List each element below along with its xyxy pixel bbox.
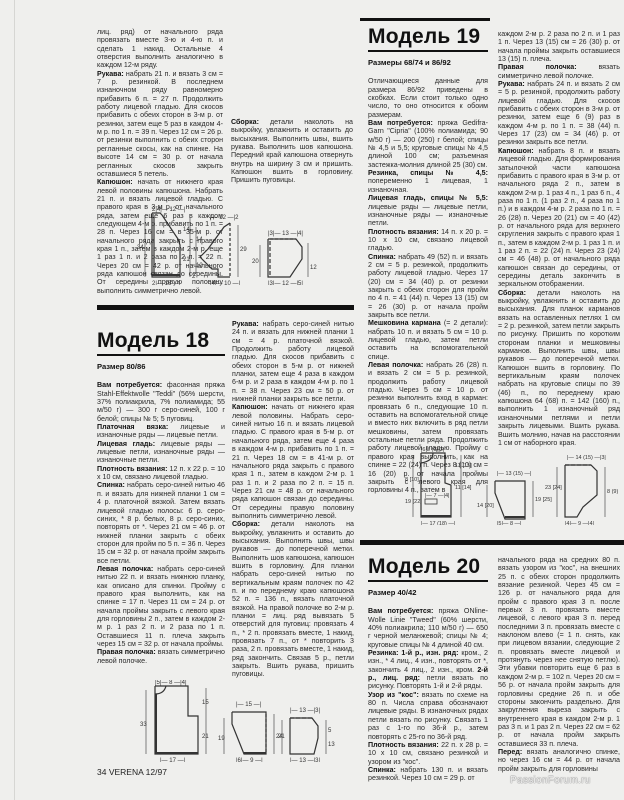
d19-front-bottom: |— 17 (18) —| <box>421 521 455 525</box>
model18-stockinette: Лицевая гладь: лицевые ряды — лицевые пе… <box>97 440 225 465</box>
model19-sleeves: Рукава: набрать 24 п. и вязать 2 см = 5 … <box>498 80 620 147</box>
d17-front-right-lower: 21 <box>183 257 190 263</box>
d19-front-left-b: 8 [10] <box>405 477 419 483</box>
d19-front-right-a: 13 [15] <box>455 463 472 469</box>
page-footer: 34 VERENA 12/97 <box>97 767 167 777</box>
model17-sleeves: Рукава: набрать 21 п. и вязать 3 см = 7 … <box>97 70 223 178</box>
d17-front-right-upper: 14 <box>183 227 190 233</box>
d17-front-bottom: 2|— 16 —| <box>152 281 181 285</box>
model19-materials: Вам потребуется: пряжа Gedifra-Garn "Cip… <box>368 119 488 169</box>
model20-title-underline <box>368 580 488 582</box>
d18-front-right-lower: 21 <box>202 734 209 740</box>
section-divider-model19 <box>360 18 490 21</box>
d18-hood-top: |— 13 —|3| <box>290 708 320 714</box>
d17-hood-top: |3|— 13 —|4| <box>268 231 303 237</box>
d18-sleeve-top: |— 15 —| <box>236 702 262 708</box>
model18-materials: Вам потребуется: фасонная пряжа Stahl-Ef… <box>97 381 225 423</box>
model18-title: Модель 18 <box>97 330 225 352</box>
d19-hood-right: 8 (9) <box>607 489 618 495</box>
model20-col-a: Модель 20 Размер 40/42 Вам потребуется: … <box>368 556 488 783</box>
d19-front-right-b: 11 [14] <box>455 485 472 491</box>
d18-hood-right-b: 5 <box>328 728 332 734</box>
model20-back: Спинка: набрать 130 п. и вязать резинкой… <box>368 766 488 783</box>
model19-title: Модель 19 <box>368 26 488 48</box>
model19-hood: Капюшон: набрать 8 п. и вязать лицевой г… <box>498 147 620 289</box>
d17-sleeve-top: |— 12 —|2 <box>210 215 239 221</box>
d18-front-bottom: |— 17 —| <box>160 758 186 762</box>
d17-hood-left: 20 <box>252 259 259 265</box>
d19-front-left-c: 19 [22] <box>405 499 422 505</box>
model17-assembly: Сборка: детали наколоть на выкройку, увл… <box>231 118 353 185</box>
model20-cable: Узор из "кос": вязать по схеме на 80 п. … <box>368 691 488 741</box>
d18-front-height: 33 <box>140 722 147 728</box>
model20-gauge: Плотность вязания: 22 п. х 28 р. = 10 х … <box>368 741 488 766</box>
d17-sleeve-bottom: |4|— 10 —| <box>210 281 240 285</box>
model20-col-b: начального ряда на средних 80 п. вязать … <box>498 556 620 773</box>
d19-hood-left: 23 [24] <box>545 485 562 491</box>
model19-intro: Отличающиеся данные для размера 86/92 пр… <box>368 77 488 119</box>
model20-back-cont: начального ряда на средних 80 п. вязать … <box>498 556 620 748</box>
d18-front-top: |5|— 8 —|4| <box>155 680 187 686</box>
d18-hood-left: 21 <box>278 734 285 740</box>
d19-front-pocket: |— 7 —|4| <box>425 493 449 499</box>
d17-hood-bottom: |3|— 12 —|5| <box>268 281 303 285</box>
d18-front-right-upper: 15 <box>202 700 209 706</box>
d19-front-top: |6|8 (9)|3| <box>421 447 444 453</box>
model20-front: Перед: вязать аналогично спинке, но чере… <box>498 748 620 773</box>
model18-right-front: Правая полочка: вязать симметрично левой… <box>97 648 225 665</box>
model19-title-underline <box>368 50 488 52</box>
section-divider-model20 <box>360 540 624 545</box>
model19-schematic-diagram: |6|8 (9)|3| 8 [10] 19 [22] 13 [15] 11 [1… <box>405 445 620 525</box>
model19-pocket: Мешковина кармана (= 2 детали): набрать … <box>368 319 488 361</box>
model18-left-front: Левая полочка: набрать серо-синей нитью … <box>97 565 225 648</box>
model19-back: Спинка: набрать 49 (52) п. и вязать 2 см… <box>368 253 488 320</box>
model19-gauge: Плотность вязания: 14 п. х 20 р. = 10 х … <box>368 228 488 253</box>
d17-front-height: 34 <box>137 245 144 251</box>
d19-sleeve-right: 19 [25] <box>535 497 552 503</box>
d19-sleeve-top: |— 13 (15) —| <box>497 471 531 477</box>
model18-assembly: Сборка: детали наколоть на выкройку, увл… <box>232 520 354 679</box>
model18-garter: Платочная вязка: лицевые и изнаночные ря… <box>97 423 225 440</box>
model19-col-a: Модель 19 Размеры 68/74 и 86/92 Отличающ… <box>368 26 488 495</box>
model20-title: Модель 20 <box>368 556 488 578</box>
model19-rib: Резинка, спицы № 4,5: попеременно 1 лице… <box>368 169 488 194</box>
model19-left-front-cont: каждом 2-м р. 2 раза по 2 п. и 1 раз 1 п… <box>498 30 620 63</box>
model18-col-b: Рукава: набрать серо-синей нитью 24 п. и… <box>232 320 354 679</box>
model20-size: Размер 40/42 <box>368 589 488 597</box>
d19-sleeve-bottom: |5|— 8 —| <box>497 521 521 525</box>
d19-hood-bottom: |4|— 9 —|4| <box>565 521 594 525</box>
d17-sleeve-left-lower: 12 <box>196 263 203 269</box>
section-divider-model18 <box>97 305 354 310</box>
model19-size: Размеры 68/74 и 86/92 <box>368 59 488 67</box>
d17-sleeve-right: 29 <box>240 247 247 253</box>
model18-size: Размер 80/86 <box>97 363 225 371</box>
magazine-page: лиц. ряд) от начального ряда провязать в… <box>0 0 624 800</box>
model17-intro: лиц. ряд) от начального ряда провязать в… <box>97 28 223 70</box>
model20-materials: Вам потребуется: пряжа ONline-Wolle Lini… <box>368 607 488 649</box>
d17-front-top: 2|4|— 12 —| <box>152 207 186 213</box>
d17-hood-right: 12 <box>310 265 317 271</box>
d19-sleeve-left: 14 [20] <box>477 503 494 509</box>
model18-schematic-diagram: |5|— 8 —|4| 33 15 21 |— 17 —| |— 15 —| 1… <box>140 680 360 762</box>
model19-assembly: Сборка: детали наколоть на выкройку, увл… <box>498 289 620 448</box>
model18-title-underline <box>97 354 225 356</box>
model18-hood: Капюшон: начать от нижнего края левой по… <box>232 403 354 520</box>
model19-col-b: каждом 2-м р. 2 раза по 2 п. и 1 раз 1 п… <box>498 30 620 447</box>
model18-gauge: Плотность вязания: 12 п. х 22 р. = 10 х … <box>97 465 225 482</box>
d18-hood-right-c: 13 <box>328 742 335 748</box>
d18-sleeve-left: 19 <box>218 736 225 742</box>
model18-back: Спинка: набрать серо-синей нитью 46 п. и… <box>97 481 225 564</box>
model18-sleeves: Рукава: набрать серо-синей нитью 24 п. и… <box>232 320 354 403</box>
d19-hood-top: |— 14 (15) —|3| <box>567 455 606 461</box>
page-margin-line <box>14 0 15 800</box>
model19-stockinette: Лицевая гладь, спицы № 5,5: лицевые ряды… <box>368 194 488 227</box>
model20-rib: Резинка: 1-й р., изн. ряд: кром., 2 изн.… <box>368 649 488 691</box>
model18-col-a: Модель 18 Размер 80/86 Вам потребуется: … <box>97 330 225 665</box>
model19-right-front: Правая полочка: вязать симметрично левой… <box>498 63 620 80</box>
model17-hood-tail: начать от нижнего края левой половины ка… <box>231 30 353 118</box>
d17-sleeve-left-upper: 14 <box>196 237 203 243</box>
model17-schematic-diagram: 2|4|— 12 —| 34 14 21 2 2|— 16 —| |— 12 —… <box>130 205 330 285</box>
d18-sleeve-bottom: |6|— 9 —| <box>236 758 263 762</box>
d18-hood-bottom: |— 13 —|3| <box>290 758 320 762</box>
watermark: PassionForum.ru <box>510 775 591 786</box>
d17-front-bottom-right: 2 <box>192 274 196 280</box>
